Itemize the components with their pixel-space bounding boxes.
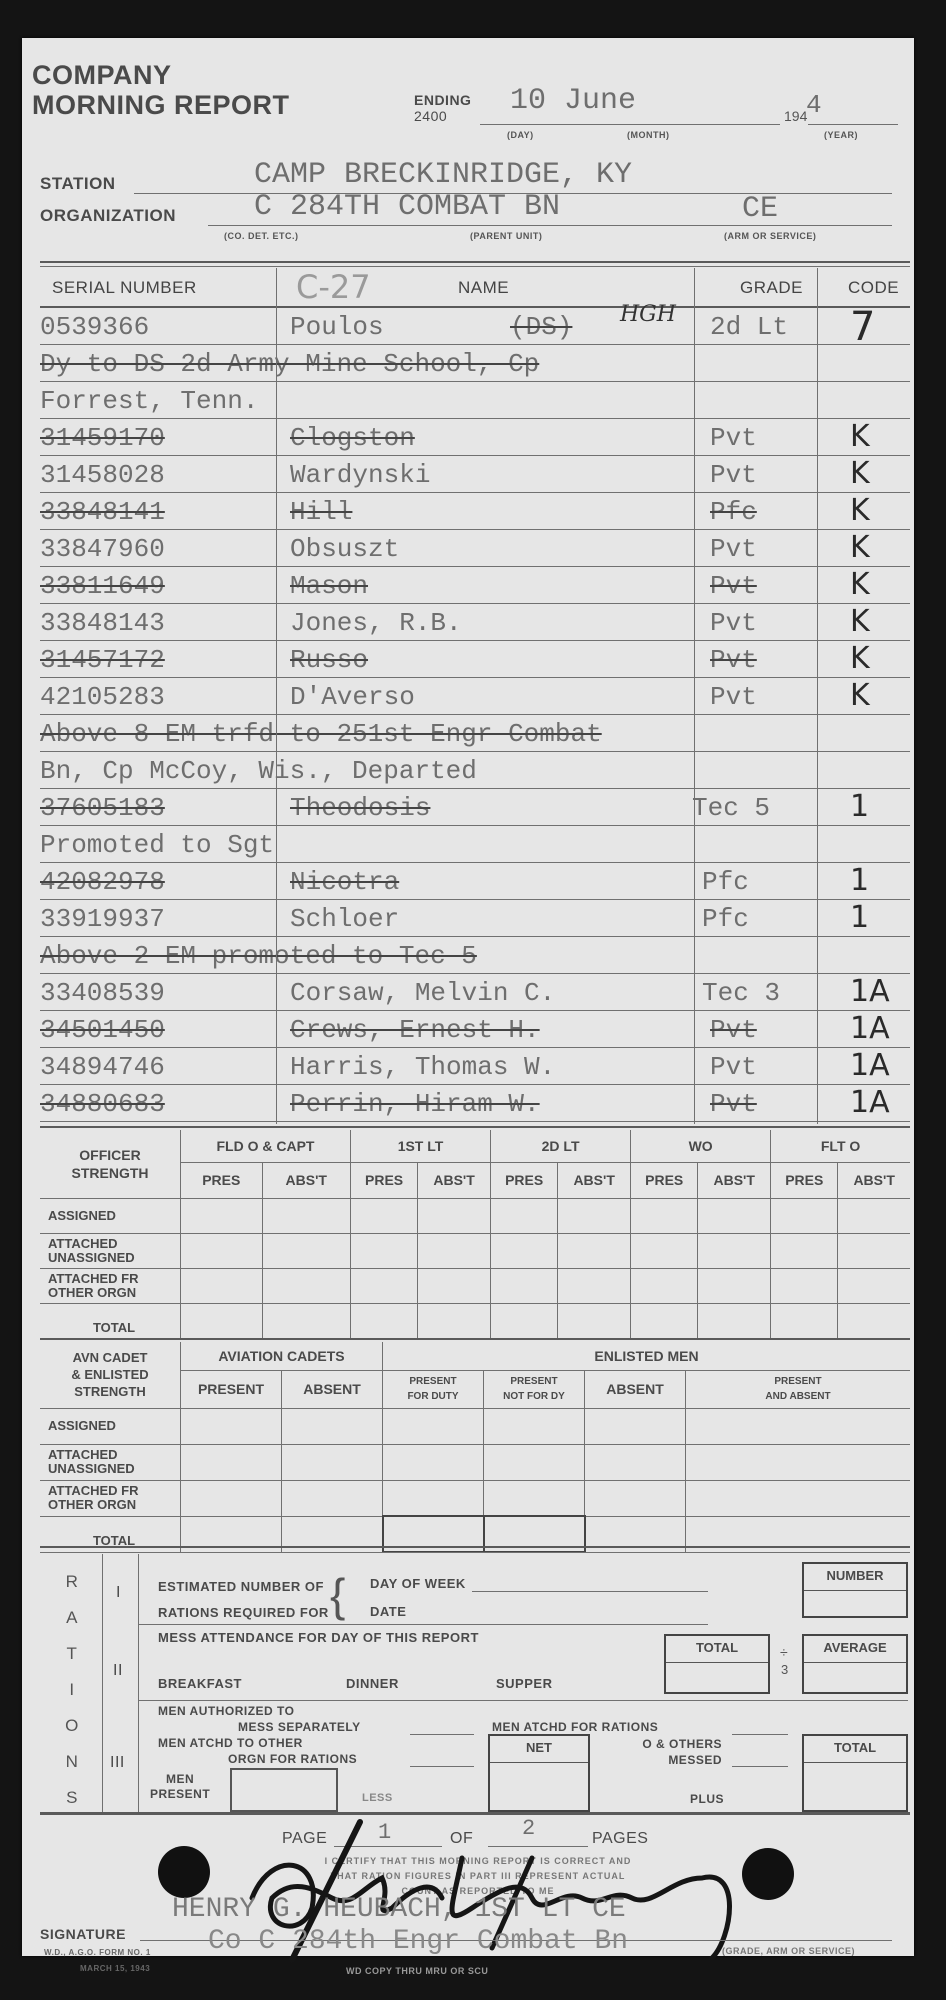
serial-number-header: SERIAL NUMBER <box>52 278 197 298</box>
roster-bottom-rule <box>40 1126 910 1128</box>
date-underline <box>480 124 780 125</box>
col-abst: ABS'T <box>558 1162 631 1198</box>
breakfast-label: BREAKFAST <box>158 1676 242 1691</box>
code: 1A <box>850 1048 890 1083</box>
col-pres: PRES <box>631 1162 698 1198</box>
mess-total-label: TOTAL <box>666 1636 768 1663</box>
rations-divider <box>138 1554 139 1812</box>
roster-header: SERIAL NUMBER C-27 NAME GRADE CODE <box>40 268 910 306</box>
title-line: STRENGTH <box>40 1383 180 1400</box>
col-present-not-for-duty: PRESENTNOT FOR DY <box>484 1370 585 1408</box>
cell[interactable] <box>585 1480 686 1516</box>
grade: Tec 5 <box>692 793 770 823</box>
divide-icon: ÷ <box>780 1644 788 1660</box>
soldier-name: Nicotra <box>290 867 399 897</box>
rations-total-box[interactable]: TOTAL <box>802 1734 908 1812</box>
organization-underline <box>208 225 892 226</box>
year-caption: (YEAR) <box>824 130 858 140</box>
section-divider <box>138 1700 908 1701</box>
officer-bottom-rule <box>40 1338 910 1340</box>
cell[interactable] <box>418 1303 491 1338</box>
cell[interactable] <box>491 1303 558 1338</box>
mess-separately-field[interactable] <box>410 1734 474 1735</box>
officer-row-attached-fr-other: ATTACHED FR OTHER ORGN <box>40 1268 910 1303</box>
cell[interactable] <box>383 1480 484 1516</box>
name-header: NAME <box>458 278 509 298</box>
col-pres: PRES <box>771 1162 838 1198</box>
cell[interactable] <box>350 1233 417 1268</box>
code: K <box>850 567 870 602</box>
row-label: TOTAL <box>40 1303 181 1338</box>
serial-number: 33848141 <box>40 497 165 527</box>
section-ii-numeral: II <box>113 1662 123 1680</box>
cell[interactable] <box>631 1268 698 1303</box>
cell[interactable] <box>282 1408 383 1444</box>
wd-copy-note: WD COPY THRU MRU OR SCU <box>346 1966 488 1976</box>
grade: Pfc <box>710 497 757 527</box>
letter: N <box>62 1744 82 1780</box>
code: 1A <box>850 1085 890 1120</box>
month-caption: (MONTH) <box>627 130 670 140</box>
roster-row: 33847960 Obsuszt Pvt K <box>40 530 910 567</box>
net-label: NET <box>490 1736 588 1763</box>
grade: Pvt <box>710 423 757 453</box>
ending-label: ENDING 2400 <box>414 92 471 124</box>
col-abst: ABS'T <box>698 1162 771 1198</box>
cell[interactable] <box>418 1233 491 1268</box>
roster-row: 33919937 Schloer Pfc 1 <box>40 900 910 937</box>
remark-text: Above 8 EM trfd to 251st Engr Combat <box>40 719 602 749</box>
cell[interactable] <box>771 1303 838 1338</box>
day-of-week-label: DAY OF WEEK <box>370 1576 466 1591</box>
roster-row: 34501450 Crews, Ernest H. Pvt 1A <box>40 1011 910 1048</box>
col-abst: ABS'T <box>838 1162 910 1198</box>
col-cadets-present: PRESENT <box>181 1370 282 1408</box>
cell[interactable] <box>558 1198 631 1233</box>
grade: Pvt <box>710 460 757 490</box>
grade: 2d Lt <box>710 312 788 342</box>
rations-bottom-rule <box>40 1812 910 1815</box>
soldier-name: Jones, R.B. <box>290 608 462 638</box>
unit-caption: (CO. DET. ETC.) <box>224 231 299 241</box>
other-orgn-label-1: MEN ATCHD TO OTHER <box>158 1736 303 1750</box>
section-divider <box>138 1624 708 1625</box>
group-wo: WO <box>631 1130 771 1162</box>
col-line: AND ABSENT <box>686 1389 910 1404</box>
officer-row-assigned: ASSIGNED <box>40 1198 910 1233</box>
group-aviation-cadets: AVIATION CADETS <box>181 1342 383 1370</box>
grade: Pvt <box>710 608 757 638</box>
row-label: ATTACHED UNASSIGNED <box>40 1233 181 1268</box>
year-prefix: 194 <box>784 108 807 124</box>
title-line: STRENGTH <box>40 1164 180 1182</box>
cell[interactable] <box>631 1198 698 1233</box>
serial-number: 0539366 <box>40 312 149 342</box>
serial-number: 34880683 <box>40 1089 165 1119</box>
officer-row-total: TOTAL <box>40 1303 910 1338</box>
col-line: FOR DUTY <box>383 1389 483 1404</box>
section-iii-numeral: III <box>110 1754 125 1772</box>
less-label: LESS <box>362 1792 393 1804</box>
station-label: STATION <box>40 174 116 194</box>
enlisted-bottom-rule-2 <box>40 1552 910 1553</box>
roster-row: 34880683 Perrin, Hiram W. Pvt 1A <box>40 1085 910 1122</box>
handwritten-note: C-27 <box>296 268 371 306</box>
remark-text: Dy to DS 2d Army Mine School, Cp <box>40 349 539 379</box>
label-line: MEN <box>150 1772 210 1787</box>
rations-section: R A T I O N S I ESTIMATED NUMBER OF RATI… <box>40 1554 910 1812</box>
col-line: PRESENT <box>484 1374 584 1389</box>
roster-row: 33408539 Corsaw, Melvin C. Tec 3 1A <box>40 974 910 1011</box>
enlisted-strength-title: AVN CADET & ENLISTED STRENGTH <box>40 1342 181 1408</box>
group-enlisted-men: ENLISTED MEN <box>383 1342 911 1370</box>
brace-icon: { <box>330 1568 345 1622</box>
serial-number: 31457172 <box>40 645 165 675</box>
code: K <box>850 493 870 528</box>
rations-total-label: TOTAL <box>804 1736 906 1763</box>
code-header: CODE <box>848 278 899 298</box>
other-orgn-label-2: ORGN FOR RATIONS <box>228 1752 357 1766</box>
letter: R <box>62 1564 82 1600</box>
grade: Pvt <box>710 571 757 601</box>
year-underline <box>808 124 898 125</box>
col-abst: ABS'T <box>262 1162 350 1198</box>
enlisted-row-attached-unassigned: ATTACHED UNASSIGNED <box>40 1444 910 1480</box>
plus-label: PLUS <box>690 1792 724 1806</box>
form-date: MARCH 15, 1943 <box>80 1964 150 1973</box>
grade: Tec 3 <box>702 978 780 1008</box>
cell[interactable] <box>282 1444 383 1480</box>
label-line: PRESENT <box>150 1787 210 1802</box>
title-line: & ENLISTED <box>40 1366 180 1383</box>
cell[interactable] <box>484 1408 585 1444</box>
cell[interactable] <box>686 1408 911 1444</box>
cell[interactable] <box>484 1444 585 1480</box>
men-atchd-for-rations-label: MEN ATCHD FOR RATIONS <box>492 1720 658 1734</box>
roster-row: 42105283 D'Averso Pvt K <box>40 678 910 715</box>
grade: Pvt <box>710 1089 757 1119</box>
report-date: 10 June <box>510 84 636 118</box>
roster-remark: Promoted to Sgt <box>40 826 910 863</box>
cell[interactable] <box>698 1198 771 1233</box>
letter: T <box>62 1636 82 1672</box>
morning-report-form: COMPANY MORNING REPORT ENDING 2400 10 Ju… <box>22 38 914 1956</box>
o-others-messed-field[interactable] <box>732 1766 788 1767</box>
mess-attendance-title: MESS ATTENDANCE FOR DAY OF THIS REPORT <box>158 1630 479 1645</box>
soldier-name: Russo <box>290 645 368 675</box>
code: 1 <box>850 900 869 935</box>
cell[interactable] <box>181 1198 263 1233</box>
col-line: NOT FOR DY <box>484 1389 584 1404</box>
dinner-label: DINNER <box>346 1676 399 1691</box>
cell[interactable] <box>282 1480 383 1516</box>
rations-side-label: R A T I O N S <box>62 1564 82 1816</box>
day-caption: (DAY) <box>507 130 534 140</box>
grade-header: GRADE <box>740 278 803 298</box>
col-present-for-duty: PRESENTFOR DUTY <box>383 1370 484 1408</box>
unit-typed: Co C 284th Engr Combat Bn <box>208 1926 628 1957</box>
remark-text: Forrest, Tenn. <box>40 386 258 416</box>
soldier-name: Obsuszt <box>290 534 399 564</box>
cell[interactable] <box>558 1233 631 1268</box>
punch-hole <box>158 1846 210 1898</box>
roster-row: 31457172 Russo Pvt K <box>40 641 910 678</box>
cell[interactable] <box>491 1268 558 1303</box>
cell[interactable] <box>698 1268 771 1303</box>
letter: S <box>62 1780 82 1816</box>
enlisted-row-assigned: ASSIGNED <box>40 1408 910 1444</box>
serial-number: 42082978 <box>40 867 165 897</box>
cell[interactable] <box>698 1303 771 1338</box>
cell[interactable] <box>838 1303 910 1338</box>
form-number: W.D., A.G.O. FORM NO. 1 <box>44 1948 151 1957</box>
cell[interactable] <box>383 1408 484 1444</box>
title-line-2: MORNING REPORT <box>32 90 290 120</box>
cell[interactable] <box>686 1444 911 1480</box>
cell[interactable] <box>686 1480 911 1516</box>
letter: A <box>62 1600 82 1636</box>
cell[interactable] <box>838 1198 910 1233</box>
soldier-name: Crews, Ernest H. <box>290 1015 540 1045</box>
serial-number: 33847960 <box>40 534 165 564</box>
cell[interactable] <box>771 1233 838 1268</box>
cell[interactable] <box>418 1268 491 1303</box>
grade: Pvt <box>710 682 757 712</box>
serial-number: 37605183 <box>40 793 165 823</box>
officer-strength-table: OFFICER STRENGTH FLD O & CAPT 1ST LT 2D … <box>40 1130 910 1339</box>
cell[interactable] <box>484 1480 585 1516</box>
cell[interactable] <box>181 1408 282 1444</box>
auth-label-2: MESS SEPARATELY <box>238 1720 361 1734</box>
cell[interactable] <box>181 1303 263 1338</box>
grade: Pfc <box>702 904 749 934</box>
cell[interactable] <box>491 1198 558 1233</box>
soldier-name: Poulos <box>290 312 384 342</box>
col-enlisted-absent: ABSENT <box>585 1370 686 1408</box>
struck-note: (DS) <box>510 312 572 342</box>
cell[interactable] <box>631 1303 698 1338</box>
cell[interactable] <box>262 1303 350 1338</box>
roster-top-rule <box>40 261 910 263</box>
date-label: DATE <box>370 1604 406 1619</box>
net-box[interactable]: NET <box>488 1734 590 1812</box>
row-label: ATTACHED UNASSIGNED <box>40 1444 181 1480</box>
cell[interactable] <box>771 1268 838 1303</box>
enlisted-row-attached-fr-other: ATTACHED FR OTHER ORGN <box>40 1480 910 1516</box>
cell[interactable] <box>383 1444 484 1480</box>
handwritten-initials: HGH <box>620 302 676 327</box>
average-label: AVERAGE <box>804 1636 906 1663</box>
men-present-label: MEN PRESENT <box>150 1772 210 1802</box>
col-abst: ABS'T <box>418 1162 491 1198</box>
soldier-name: Perrin, Hiram W. <box>290 1089 540 1119</box>
group-flt-o: FLT O <box>771 1130 910 1162</box>
row-label: ATTACHED FR OTHER ORGN <box>40 1480 181 1516</box>
row-rule <box>40 1121 910 1122</box>
title-line-1: COMPANY <box>32 60 290 90</box>
roster-divider-grade <box>694 268 695 1124</box>
officer-row-attached-unassigned: ATTACHED UNASSIGNED <box>40 1233 910 1268</box>
grade: Pvt <box>710 645 757 675</box>
code: K <box>850 419 870 454</box>
col-line: PRESENT <box>383 1374 483 1389</box>
ending-time: 2400 <box>414 108 471 124</box>
day-of-week-field[interactable] <box>472 1591 708 1592</box>
grade: Pvt <box>710 1052 757 1082</box>
soldier-name: Wardynski <box>290 460 430 490</box>
roster-top-rule-2 <box>40 266 910 267</box>
serial-number: 34501450 <box>40 1015 165 1045</box>
group-2d-lt: 2D LT <box>491 1130 631 1162</box>
row-label: ATTACHED FR OTHER ORGN <box>40 1268 181 1303</box>
o-others-messed-label: O & OTHERS MESSED <box>616 1736 722 1768</box>
serial-number: 33811649 <box>40 571 165 601</box>
serial-number: 31458028 <box>40 460 165 490</box>
officer-strength-title: OFFICER STRENGTH <box>40 1130 181 1198</box>
col-pres: PRES <box>350 1162 417 1198</box>
auth-label-1: MEN AUTHORIZED TO <box>158 1704 295 1718</box>
code: 1A <box>850 974 890 1009</box>
roster-remark: Forrest, Tenn. <box>40 382 910 419</box>
section-i-label: ESTIMATED NUMBER OF RATIONS REQUIRED FOR <box>158 1574 329 1626</box>
grade: Pfc <box>702 867 749 897</box>
cell[interactable] <box>585 1408 686 1444</box>
soldier-name: Mason <box>290 571 368 601</box>
station-value: CAMP BRECKINRIDGE, KY <box>254 158 632 192</box>
group-1st-lt: 1ST LT <box>350 1130 490 1162</box>
cell[interactable] <box>631 1233 698 1268</box>
serial-number: 42105283 <box>40 682 165 712</box>
remark-text: Promoted to Sgt <box>40 830 274 860</box>
cell[interactable] <box>491 1233 558 1268</box>
other-orgn-field[interactable] <box>410 1766 474 1767</box>
soldier-name: Theodosis <box>290 793 430 823</box>
roster-remark: Above 2 EM promoted to Tec 5 <box>40 937 910 974</box>
arm-of-service-value: CE <box>742 192 778 226</box>
cell[interactable] <box>558 1268 631 1303</box>
cell[interactable] <box>181 1233 263 1268</box>
cell[interactable] <box>585 1444 686 1480</box>
cell[interactable] <box>350 1268 417 1303</box>
serial-number: 33919937 <box>40 904 165 934</box>
soldier-name: Hill <box>290 497 352 527</box>
section-i-numeral: I <box>116 1584 121 1602</box>
parent-unit-caption: (PARENT UNIT) <box>470 231 542 241</box>
cell[interactable] <box>350 1303 417 1338</box>
col-line: PRESENT <box>686 1374 910 1389</box>
grade-arm-caption: (GRADE, ARM OR SERVICE) <box>722 1946 855 1956</box>
serial-number: 33848143 <box>40 608 165 638</box>
number-box[interactable]: NUMBER <box>802 1562 908 1618</box>
roster-row: 33848143 Jones, R.B. Pvt K <box>40 604 910 641</box>
cell[interactable] <box>698 1233 771 1268</box>
roster-remark: Dy to DS 2d Army Mine School, Cp <box>40 345 910 382</box>
rations-divider <box>102 1554 103 1812</box>
cell[interactable] <box>418 1198 491 1233</box>
col-pres: PRES <box>181 1162 263 1198</box>
code: K <box>850 456 870 491</box>
cell[interactable] <box>838 1268 910 1303</box>
roster-row: 31459170 Clogston Pvt K <box>40 419 910 456</box>
roster-remark: Above 8 EM trfd to 251st Engr Combat <box>40 715 910 752</box>
arm-caption: (ARM OR SERVICE) <box>724 231 816 241</box>
men-present-box[interactable] <box>230 1768 338 1812</box>
label-line: ESTIMATED NUMBER OF <box>158 1574 329 1600</box>
cell[interactable] <box>771 1198 838 1233</box>
letter: O <box>62 1708 82 1744</box>
signer-name: HENRY G. HEUBACH, 1ST LT CE <box>172 1894 626 1925</box>
average-box[interactable]: AVERAGE <box>802 1634 908 1694</box>
code: K <box>850 678 870 713</box>
enlisted-bottom-rule <box>40 1546 910 1548</box>
code: K <box>850 604 870 639</box>
label-line: MESSED <box>616 1752 722 1768</box>
cell[interactable] <box>181 1444 282 1480</box>
grade: Pvt <box>710 534 757 564</box>
serial-number: 33408539 <box>40 978 165 1008</box>
signature-label: SIGNATURE <box>40 1926 126 1942</box>
soldier-name: Clogston <box>290 423 415 453</box>
supper-label: SUPPER <box>496 1676 552 1691</box>
number-box-label: NUMBER <box>804 1564 906 1591</box>
divisor: 3 <box>781 1662 788 1677</box>
cell[interactable] <box>262 1233 350 1268</box>
col-present-and-absent: PRESENTAND ABSENT <box>686 1370 911 1408</box>
code: K <box>850 641 870 676</box>
soldier-name: Schloer <box>290 904 399 934</box>
cell[interactable] <box>558 1303 631 1338</box>
remark-text: Bn, Cp McCoy, Wis., Departed <box>40 756 477 786</box>
soldier-name: D'Averso <box>290 682 415 712</box>
cell[interactable] <box>262 1198 350 1233</box>
cell[interactable] <box>262 1268 350 1303</box>
men-atchd-for-rations-field[interactable] <box>732 1734 788 1735</box>
roster-row: 0539366 Poulos (DS) HGH 2d Lt 7 <box>40 308 910 345</box>
row-label: ASSIGNED <box>40 1198 181 1233</box>
code: 1A <box>850 1011 890 1046</box>
roster-divider-code <box>817 268 818 1124</box>
code: 1 <box>850 863 869 898</box>
cell[interactable] <box>838 1233 910 1268</box>
label-line: O & OTHERS <box>616 1736 722 1752</box>
enlisted-strength-table: AVN CADET & ENLISTED STRENGTH AVIATION C… <box>40 1342 910 1553</box>
grade: Pvt <box>710 1015 757 1045</box>
year-digit: 4 <box>806 90 822 120</box>
soldier-name: Harris, Thomas W. <box>290 1052 555 1082</box>
roster-row: 31458028 Wardynski Pvt K <box>40 456 910 493</box>
col-pres: PRES <box>491 1162 558 1198</box>
roster-row: 33811649 Mason Pvt K <box>40 567 910 604</box>
code: K <box>850 530 870 565</box>
title-line: OFFICER <box>40 1146 180 1164</box>
roster-row: 42082978 Nicotra Pfc 1 <box>40 863 910 900</box>
mess-total-box[interactable]: TOTAL <box>664 1634 770 1694</box>
organization-value: C 284TH COMBAT BN <box>254 190 560 224</box>
form-title: COMPANY MORNING REPORT <box>32 60 290 120</box>
cell[interactable] <box>350 1198 417 1233</box>
serial-number: 34894746 <box>40 1052 165 1082</box>
roster-row: 33848141 Hill Pfc K <box>40 493 910 530</box>
roster-row: 34894746 Harris, Thomas W. Pvt 1A <box>40 1048 910 1085</box>
cell[interactable] <box>181 1480 282 1516</box>
title-line: AVN CADET <box>40 1349 180 1366</box>
cell[interactable] <box>181 1268 263 1303</box>
col-cadets-absent: ABSENT <box>282 1370 383 1408</box>
group-fld-o-capt: FLD O & CAPT <box>181 1130 351 1162</box>
roster-divider-serial <box>276 268 277 1124</box>
ending-text: ENDING <box>414 92 471 108</box>
letter: I <box>62 1672 82 1708</box>
